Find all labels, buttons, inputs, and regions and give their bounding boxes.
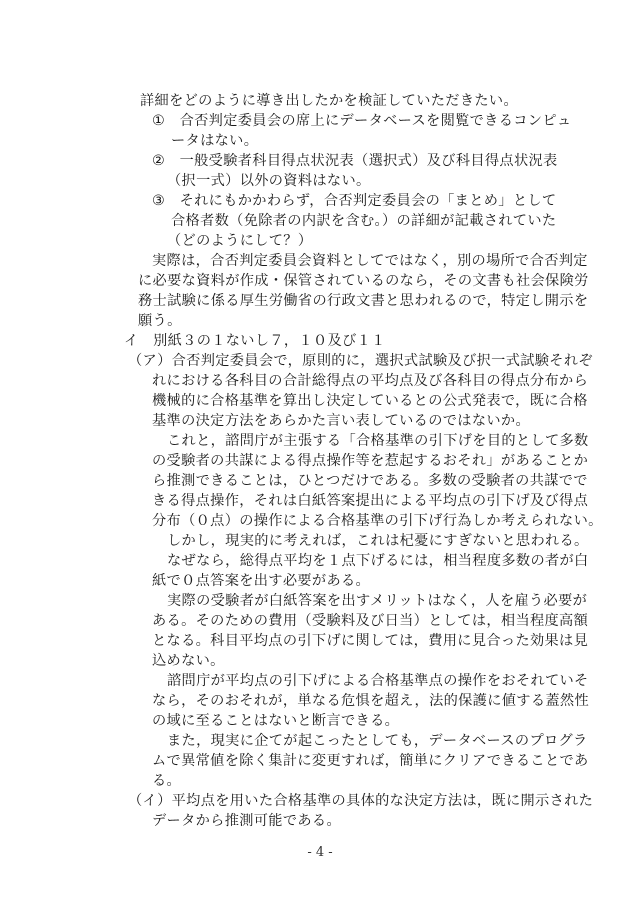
text-line: 詳細をどのように導き出したかを検証していただきたい。 <box>140 92 518 110</box>
text-line: 機械的に合格基準を算出し決定しているとの公式発表で，既に合格 <box>152 392 588 410</box>
text-line: れにおける各科目の合計総得点の平均点及び各科目の得点分布から <box>152 372 588 390</box>
text-line: ータはない。 <box>171 132 258 150</box>
text-line: ① 合否判定委員会の席上にデータベースを閲覧できるコンピュ <box>152 112 571 130</box>
text-line: きる得点操作，それは白紙答案提出による平均点の引下げ及び得点 <box>152 492 588 510</box>
text-line: ムで異常値を除く集計に変更すれば，簡単にクリアできることであ <box>152 752 589 770</box>
text-line: また，現実に企てが起こったとしても，データベースのプログラ <box>167 732 588 750</box>
page-number: - 4 - <box>0 845 640 860</box>
text-line: しかし，現実的に考えれば，これは杞憂にすぎないと思われる。 <box>167 532 589 550</box>
text-line: に必要な資料が作成・保管されているのなら，その文書も社会保険労 <box>138 272 589 290</box>
text-line: 込めない。 <box>152 652 225 670</box>
text-line: ら推測できることは，ひとつだけである。多数の受験者の共謀でで <box>152 472 588 490</box>
document-page: 詳細をどのように導き出したかを検証していただきたい。① 合否判定委員会の席上にデ… <box>0 0 640 905</box>
text-line: 務士試験に係る厚生労働省の行政文書と思われるので，特定し開示を <box>138 292 588 310</box>
text-line: イ 別紙３の１ないし７，１０及び１１ <box>124 332 386 350</box>
text-line: 実際の受験者が白紙答案を出すメリットはなく，人を雇う必要が <box>167 592 587 610</box>
text-line: る。 <box>152 772 181 790</box>
text-line: （どのようにして？） <box>167 232 312 250</box>
text-line: の受験者の共謀による得点操作等を惹起するおそれ」があることか <box>152 452 588 470</box>
text-line: なぜなら，総得点平均を１点下げるには，相当程度多数の者が白 <box>167 552 589 570</box>
text-line: 合格者数（免除者の内訳を含む。）の詳細が記載されていた <box>171 212 556 230</box>
text-line: となる。科目平均点の引下げに関しては，費用に見合った効果は見 <box>152 632 588 650</box>
text-line: なら，そのおそれが，単なる危惧を超え，法的保護に値する蓋然性 <box>152 692 589 710</box>
text-line: （ア）合否判定委員会で，原則的に，選択式試験及び択一式試験それぞ <box>128 352 593 370</box>
text-line: （択一式）以外の資料はない。 <box>167 172 371 190</box>
text-line: 諮問庁が平均点の引下げによる合格基準点の操作をおそれていそ <box>167 672 589 690</box>
text-line: 基準の決定方法をあらかた言い表しているのではないか。 <box>152 412 530 430</box>
text-line: 実際は，合否判定委員会資料としてではなく，別の場所で合否判定 <box>152 252 588 270</box>
text-line: （イ）平均点を用いた合格基準の具体的な決定方法は，既に開示された <box>128 792 593 810</box>
text-line: 紙で０点答案を出す必要がある。 <box>152 572 370 590</box>
text-line: ある。そのための費用（受験料及び日当）としては，相当程度高額 <box>152 612 588 630</box>
text-line: ③ それにもかかわらず，合否判定委員会の「まとめ」として <box>152 192 556 210</box>
text-line: の域に至ることはないと断言できる。 <box>152 712 399 730</box>
text-line: データから推測可能である。 <box>152 812 341 830</box>
text-line: 分布（０点）の操作による合格基準の引下げ行為しか考えられない。 <box>152 512 603 530</box>
text-line: これと，諮問庁が主張する「合格基準の引下げを目的として多数 <box>167 432 589 450</box>
text-line: ② 一般受験者科目得点状況表（選択式）及び科目得点状況表 <box>152 152 558 170</box>
text-line: 願う。 <box>138 312 182 330</box>
